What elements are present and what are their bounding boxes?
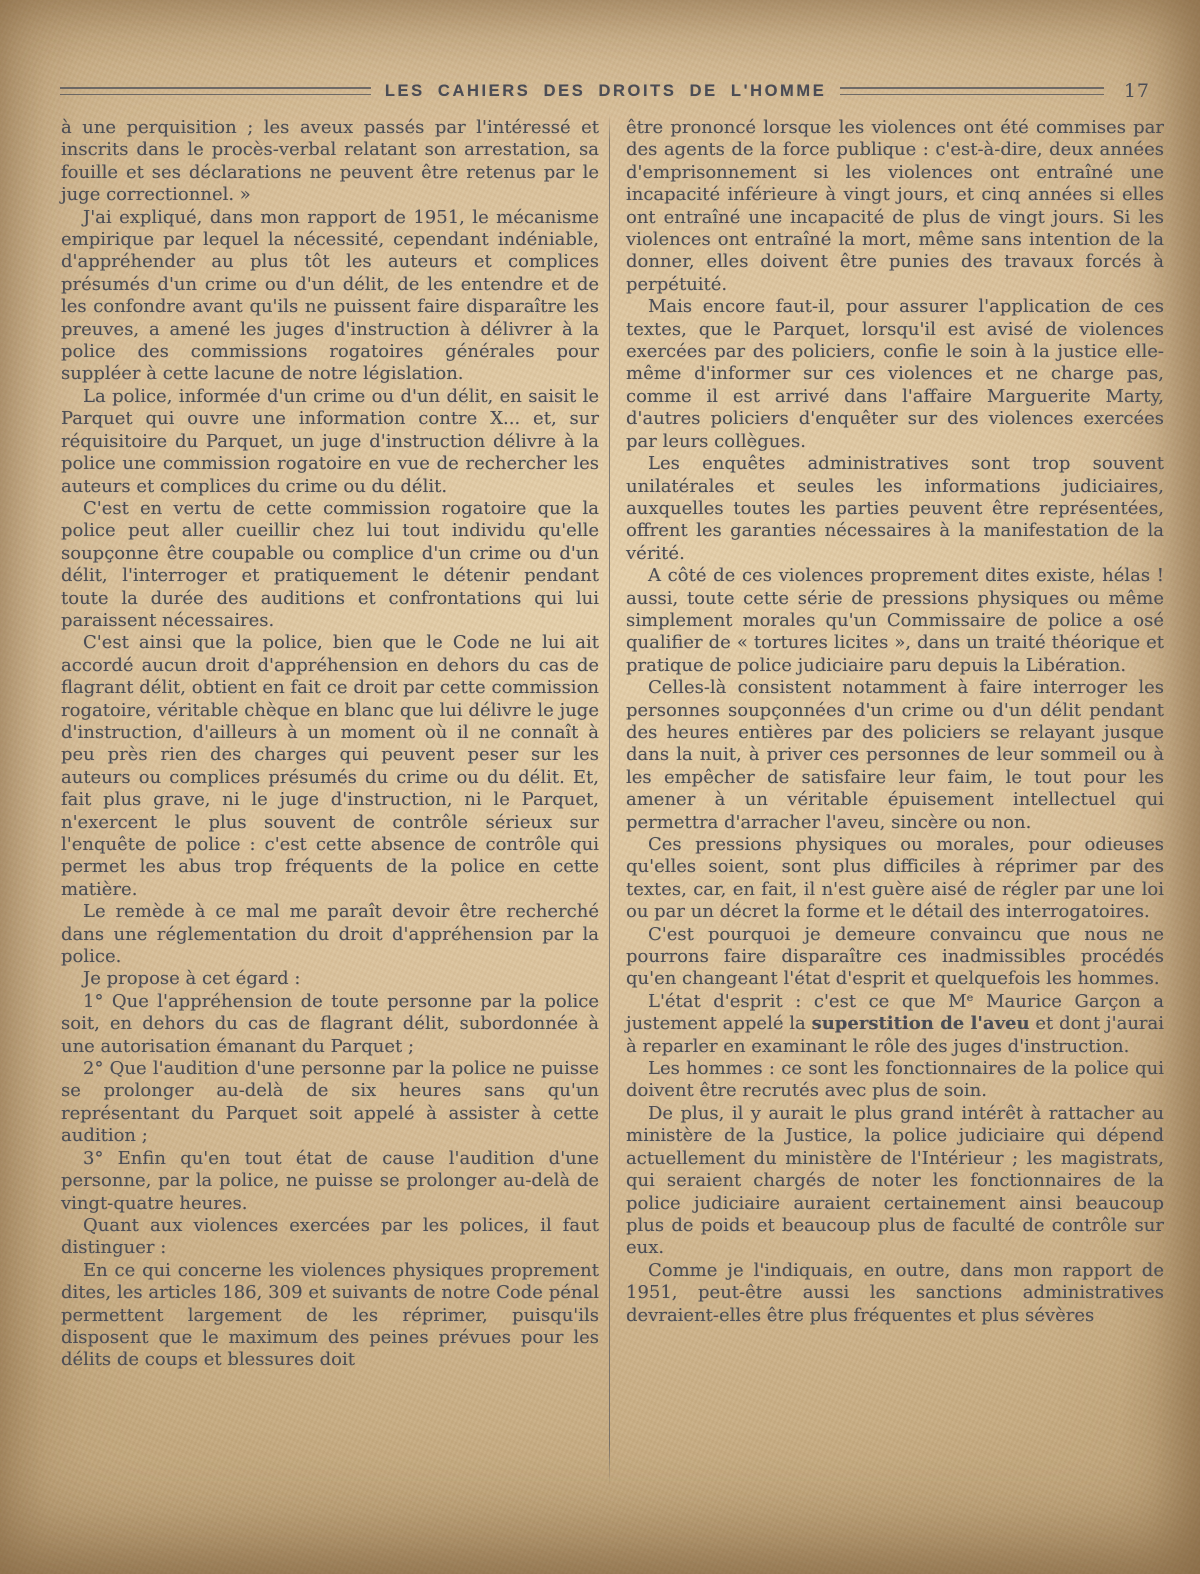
page-number: 17 [1124, 80, 1150, 102]
text-run: En ce qui concerne les violences physiqu… [61, 1260, 599, 1371]
paragraph: Ces pressions physiques ou morales, pour… [626, 834, 1164, 924]
text-run: C'est ainsi que la police, bien que le C… [61, 632, 599, 899]
text-run: C'est pourquoi je demeure convaincu que … [626, 924, 1164, 990]
text-run: Je propose à cet égard : [83, 968, 301, 989]
left-column: à une perquisition ; les aveux passés pa… [61, 117, 599, 1372]
paragraph: Mais encore faut-il, pour assurer l'appl… [626, 296, 1164, 453]
text-run: à une perquisition ; les aveux passés pa… [61, 117, 599, 205]
paragraph: 3° Enfin qu'en tout état de cause l'audi… [61, 1148, 599, 1215]
paragraph: Les hommes : ce sont les fonctionnaires … [626, 1058, 1164, 1103]
scanned-journal-page: LES CAHIERS DES DROITS DE L'HOMME 17 à u… [0, 0, 1200, 1574]
paragraph: Le remède à ce mal me paraît devoir être… [61, 901, 599, 968]
text-run: Mais encore faut-il, pour assurer l'appl… [626, 296, 1164, 451]
text-run: Le remède à ce mal me paraît devoir être… [61, 901, 599, 967]
text-run: être prononcé lorsque les violences ont … [626, 117, 1164, 295]
paragraph: être prononcé lorsque les violences ont … [626, 117, 1164, 296]
paragraph: 2° Que l'audition d'une personne par la … [61, 1058, 599, 1148]
paragraph: à une perquisition ; les aveux passés pa… [61, 117, 599, 207]
text-run: A côté de ces violences proprement dites… [626, 565, 1164, 676]
text-run: 2° Que l'audition d'une personne par la … [61, 1058, 599, 1146]
paragraph: Les enquêtes administratives sont trop s… [626, 453, 1164, 565]
text-run: Ces pressions physiques ou morales, pour… [626, 834, 1164, 922]
emphasized-text: superstition de l'aveu [812, 1013, 1030, 1034]
paragraph: La police, informée d'un crime ou d'un d… [61, 386, 599, 498]
text-run: La police, informée d'un crime ou d'un d… [61, 386, 599, 497]
page-header: LES CAHIERS DES DROITS DE L'HOMME 17 [60, 80, 1150, 102]
paragraph: 1° Que l'appréhension de toute personne … [61, 991, 599, 1058]
text-run: Quant aux violences exercées par les pol… [61, 1215, 599, 1258]
paragraph: C'est en vertu de cette commission rogat… [61, 498, 599, 632]
paragraph: De plus, il y aurait le plus grand intér… [626, 1103, 1164, 1260]
paragraph: C'est ainsi que la police, bien que le C… [61, 632, 599, 901]
paragraph: Comme je l'indiquais, en outre, dans mon… [626, 1260, 1164, 1327]
text-run: 1° Que l'appréhension de toute personne … [61, 991, 599, 1057]
text-run: Comme je l'indiquais, en outre, dans mon… [626, 1260, 1164, 1326]
header-rule-left [60, 87, 371, 95]
paragraph: En ce qui concerne les violences physiqu… [61, 1260, 599, 1372]
paragraph: C'est pourquoi je demeure convaincu que … [626, 924, 1164, 991]
text-run: Celles-là consistent notamment à faire i… [626, 677, 1164, 832]
paragraph: J'ai expliqué, dans mon rapport de 1951,… [61, 207, 599, 386]
paragraph: Celles-là consistent notamment à faire i… [626, 677, 1164, 834]
text-run: C'est en vertu de cette commission rogat… [61, 498, 599, 631]
paragraph: L'état d'esprit : c'est ce que Mᵉ Mauric… [626, 991, 1164, 1058]
text-run: Les enquêtes administratives sont trop s… [626, 453, 1164, 564]
text-run: 3° Enfin qu'en tout état de cause l'audi… [61, 1148, 599, 1214]
text-run: Les hommes : ce sont les fonctionnaires … [626, 1058, 1164, 1101]
paragraph: Je propose à cet égard : [61, 968, 599, 990]
paragraph: A côté de ces violences proprement dites… [626, 565, 1164, 677]
paragraph: Quant aux violences exercées par les pol… [61, 1215, 599, 1260]
text-run: De plus, il y aurait le plus grand intér… [626, 1103, 1164, 1258]
header-rule-right [840, 87, 1103, 95]
right-column: être prononcé lorsque les violences ont … [626, 117, 1164, 1327]
journal-title: LES CAHIERS DES DROITS DE L'HOMME [371, 82, 841, 101]
text-run: J'ai expliqué, dans mon rapport de 1951,… [61, 207, 599, 385]
column-divider [609, 114, 610, 1486]
